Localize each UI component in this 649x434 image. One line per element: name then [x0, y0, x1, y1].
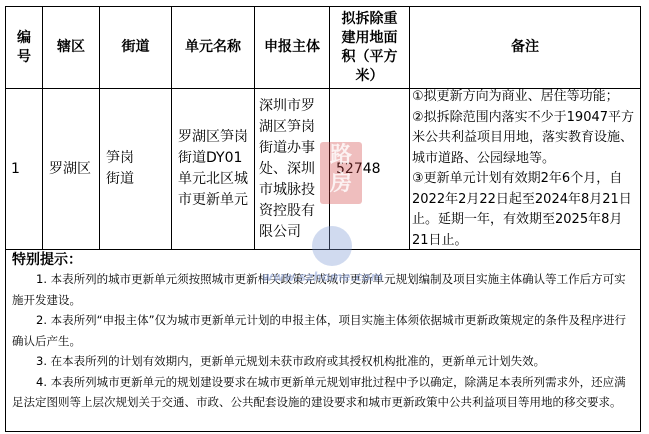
remark-item: ③更新单元计划有效期2年6个月，自2022年2月22日起至2024年8月21日止…: [412, 169, 638, 251]
remark-item: ②拟拆除范围内落实不少于19047平方米公共利益项目用地，落实教育设施、城市道路…: [412, 108, 638, 170]
header-district: 辖区: [43, 7, 99, 88]
note-item: 3. 在本表所列的计划有效期内，更新单元规划未获市政府或其授权机构批准的，更新单…: [12, 351, 636, 372]
header-remarks: 备注: [410, 7, 640, 88]
note-item: 2. 本表所列“申报主体”仅为城市更新单元计划的申报主体，项目实施主体须依据城市…: [12, 310, 636, 351]
header-unit-name: 单元名称: [172, 7, 254, 88]
cell-applicant: 深圳市罗湖区笋岗街道办事处、深圳市城脉投资控股有限公司: [259, 89, 327, 249]
header-number: 编号: [6, 7, 42, 88]
cell-unit-name: 罗湖区笋岗街道DY01单元北区城市更新单元: [178, 89, 252, 249]
cell-remarks: ①拟更新方向为商业、居住等功能； ②拟拆除范围内落实不少于19047平方米公共利…: [412, 89, 638, 249]
remark-item: ①拟更新方向为商业、居住等功能；: [412, 87, 619, 108]
watermark-url: www.szhome.com: [262, 270, 383, 284]
header-applicant: 申报主体: [255, 7, 329, 88]
cell-street: 笋岗街道: [106, 89, 146, 249]
header-area: 拟拆除重建用地面积（平方米）: [330, 7, 409, 88]
watermark-logo: 路房: [320, 142, 362, 204]
note-item: 4. 本表所列城市更新单元的规划建设要求在城市更新单元规划审批过程中予以确定，除…: [12, 372, 636, 413]
watermark-emblem-icon: [312, 226, 352, 266]
cell-district: 罗湖区: [49, 89, 99, 249]
cell-number: 1: [11, 89, 42, 249]
urban-renewal-table: 编号 辖区 街道 单元名称 申报主体 拟拆除重建用地面积（平方米） 备注 1 罗…: [5, 6, 641, 432]
header-street: 街道: [100, 7, 171, 88]
